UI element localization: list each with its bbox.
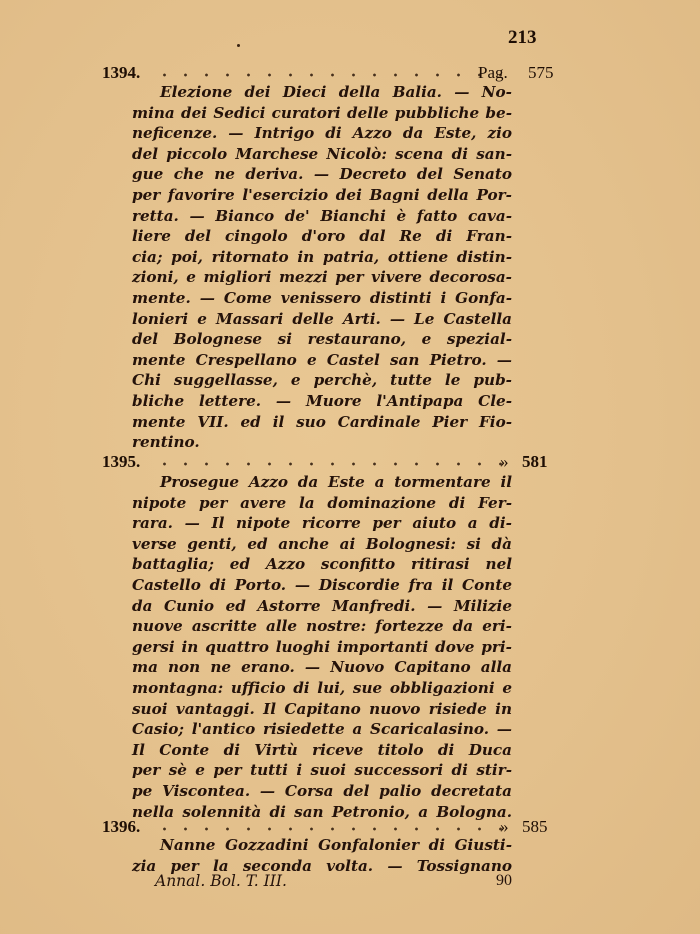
text-line: zioni, e migliori mezzi per vivere decor… xyxy=(132,267,512,288)
entry-summary-1395: Prosegue Azzo da Este a tormentare il ni… xyxy=(132,472,512,822)
text-line: Nanne Gozzadini Gonfalonier di Giusti- xyxy=(132,835,512,856)
text-line: rara. — Il nipote ricorre per aiuto a di… xyxy=(132,513,512,534)
text-line: retta. — Bianco de' Bianchi è fatto cava… xyxy=(132,206,512,227)
text-line: mente. — Come venissero distinti i Gonfa… xyxy=(132,288,512,309)
text-line: suoi vantaggi. Il Capitano nuovo risiede… xyxy=(132,699,512,720)
text-line: mente VII. ed il suo Cardinale Pier Fio- xyxy=(132,412,512,433)
text-line: nipote per avere la dominazione di Fer- xyxy=(132,493,512,514)
signature-mark: Annal. Bol. T. III. xyxy=(155,872,287,890)
text-line: gersi in quattro luoghi importanti dove … xyxy=(132,637,512,658)
text-line: liere del cingolo d'oro dal Re di Fran- xyxy=(132,226,512,247)
page-label: » xyxy=(500,817,509,837)
text-line: nuove ascritte alle nostre: fortezze da … xyxy=(132,616,512,637)
text-line: montagna: ufficio di lui, sue obbligazio… xyxy=(132,678,512,699)
text-line: cia; poi, ritornato in patria, ottiene d… xyxy=(132,247,512,268)
dot-leaders xyxy=(154,827,512,831)
text-line: mina dei Sedici curatori delle pubbliche… xyxy=(132,103,512,124)
text-line: Prosegue Azzo da Este a tormentare il xyxy=(132,472,512,493)
text-line: Castello di Porto. — Discordie fra il Co… xyxy=(132,575,512,596)
text-line: del Bolognese si restaurano, e spezial- xyxy=(132,329,512,350)
text-line: per favorire l'esercizio dei Bagni della… xyxy=(132,185,512,206)
text-line: lonieri e Massari delle Arti. — Le Caste… xyxy=(132,309,512,330)
text-line: neficenze. — Intrigo di Azzo da Este, zi… xyxy=(132,123,512,144)
page-footer: Annal. Bol. T. III. 90 xyxy=(155,872,512,894)
sheet-number: 90 xyxy=(496,872,512,890)
text-line: rentino. xyxy=(132,432,512,453)
year-label: 1395. xyxy=(102,452,140,472)
page-reference: 585 xyxy=(522,817,548,837)
text-line: ma non ne erano. — Nuovo Capitano alla xyxy=(132,657,512,678)
page-label: » xyxy=(500,452,509,472)
text-line: da Cunio ed Astorre Manfredi. — Milizie xyxy=(132,596,512,617)
ink-speck xyxy=(237,44,240,47)
text-line: Elezione dei Dieci della Balia. — No- xyxy=(132,82,512,103)
text-line: per sè e per tutti i suoi successori di … xyxy=(132,760,512,781)
text-line: del piccolo Marchese Nicolò: scena di sa… xyxy=(132,144,512,165)
entry-summary-1394: Elezione dei Dieci della Balia. — No- mi… xyxy=(132,82,512,453)
text-line: Il Conte di Virtù riceve titolo di Duca xyxy=(132,740,512,761)
text-line: Casio; l'antico risiedette a Scaricalasi… xyxy=(132,719,512,740)
dot-leaders xyxy=(154,73,512,77)
page-label: Pag. xyxy=(478,63,508,83)
year-heading-1395: 1395. » 581 xyxy=(102,452,572,474)
text-line: pe Viscontea. — Corsa del palio decretat… xyxy=(132,781,512,802)
text-line: battaglia; ed Azzo sconfitto ritirasi ne… xyxy=(132,554,512,575)
text-line: gue che ne deriva. — Decreto del Senato xyxy=(132,164,512,185)
dot-leaders xyxy=(154,462,512,466)
entry-summary-1396: Nanne Gozzadini Gonfalonier di Giusti- z… xyxy=(132,835,512,876)
text-line: mente Crespellano e Castel san Pietro. — xyxy=(132,350,512,371)
text-line: bliche lettere. — Muore l'Antipapa Cle- xyxy=(132,391,512,412)
book-page: 213 1394. Pag. 575 Elezione dei Dieci de… xyxy=(0,0,700,934)
year-label: 1396. xyxy=(102,817,140,837)
page-reference: 575 xyxy=(528,63,554,83)
text-line: Chi suggellasse, e perchè, tutte le pub- xyxy=(132,370,512,391)
page-reference: 581 xyxy=(522,452,548,472)
year-label: 1394. xyxy=(102,63,140,83)
text-line: verse genti, ed anche ai Bolognesi: si d… xyxy=(132,534,512,555)
page-number: 213 xyxy=(508,27,537,49)
